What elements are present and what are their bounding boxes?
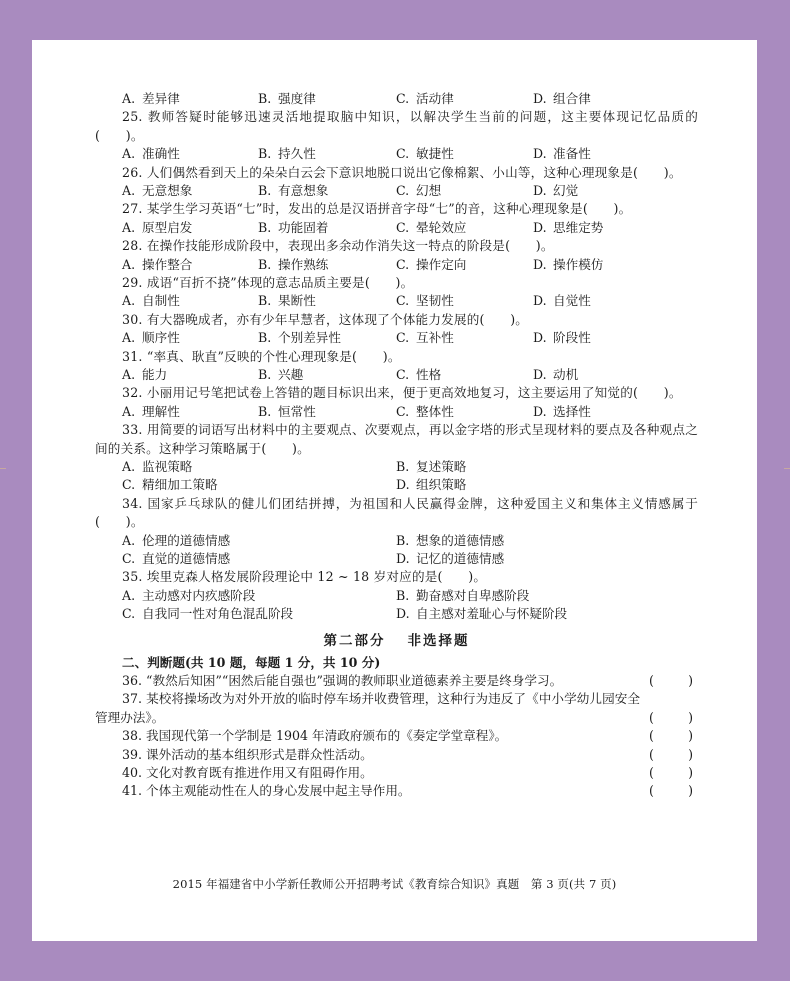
option: B.复述策略 (396, 458, 466, 476)
option: D.操作模仿 (533, 256, 603, 274)
question-32-options: A.理解性 B.恒常性 C.整体性 D.选择性 (95, 403, 698, 421)
option: A.顺序性 (122, 329, 180, 347)
exam-page: A.差异律 B.强度律 C.活动律 D.组合律 25. 教师答疑时能够迅速灵活地… (32, 40, 757, 941)
option: A.原型启发 (122, 219, 192, 237)
q24-options: A.差异律 B.强度律 C.活动律 D.组合律 (95, 90, 698, 108)
option: A.无意想象 (122, 182, 192, 200)
answer-blank: () (649, 709, 693, 727)
question-31-options: A.能力 B.兴趣 C.性格 D.动机 (95, 366, 698, 384)
option: C.直觉的道德情感 (122, 550, 230, 568)
question-34-stem: 34. 国家乒乓球队的健儿们团结拼搏，为祖国和人民赢得金牌，这种爱国主义和集体主… (95, 495, 698, 532)
option: A.监视策略 (122, 458, 192, 476)
option: D.动机 (533, 366, 578, 384)
judgement-38: 38. 我国现代第一个学制是 1904 年清政府颁布的《奏定学堂章程》。 () (95, 727, 698, 745)
question-33-options-row1: A.监视策略 B.复述策略 (95, 458, 698, 476)
q24-option-b: B.强度律 (258, 90, 316, 108)
judgement-36: 36. “教然后知困”“困然后能自强也”强调的教师职业道德素养主要是终身学习。 … (95, 672, 698, 690)
question-28-options: A.操作整合 B.操作熟练 C.操作定向 D.操作模仿 (95, 256, 698, 274)
question-26-stem: 26. 人们偶然看到天上的朵朵白云会下意识地脱口说出它像棉絮、小山等，这种心理现… (95, 164, 698, 182)
question-31-stem: 31. “率真、耿直”反映的个性心理现象是( )。 (95, 348, 698, 366)
part-two-title: 第二部分非选择题 (95, 626, 698, 652)
option: B.恒常性 (258, 403, 316, 421)
judgement-39: 39. 课外活动的基本组织形式是群众性活动。 () (95, 746, 698, 764)
question-35-options-row1: A.主动感对内疚感阶段 B.勤奋感对自卑感阶段 (95, 587, 698, 605)
answer-blank: () (649, 782, 693, 800)
question-33-options-row2: C.精细加工策略 D.组织策略 (95, 476, 698, 494)
option: A.自制性 (122, 292, 180, 310)
right-crop-mark (784, 468, 790, 469)
answer-blank: () (649, 746, 693, 764)
option: C.幻想 (396, 182, 441, 200)
question-29-options: A.自制性 B.果断性 C.坚韧性 D.自觉性 (95, 292, 698, 310)
q24-option-a: A.差异律 (122, 90, 180, 108)
option: B.操作熟练 (258, 256, 328, 274)
answer-blank: () (649, 764, 693, 782)
option: B.个别差异性 (258, 329, 341, 347)
answer-blank: () (649, 727, 693, 745)
page-content: A.差异律 B.强度律 C.活动律 D.组合律 25. 教师答疑时能够迅速灵活地… (95, 90, 698, 801)
option: C.自我同一性对角色混乱阶段 (122, 605, 293, 623)
option: A.操作整合 (122, 256, 192, 274)
answer-blank: () (649, 672, 693, 690)
judgement-section-heading: 二、判断题(共 10 题，每题 1 分，共 10 分) (95, 654, 698, 672)
left-crop-mark (0, 468, 6, 469)
option: D.准备性 (533, 145, 591, 163)
question-25-options: A.准确性 B.持久性 C.敏捷性 D.准备性 (95, 145, 698, 163)
option: A.理解性 (122, 403, 180, 421)
judgement-41: 41. 个体主观能动性在人的身心发展中起主导作用。 () (95, 782, 698, 800)
option: C.敏捷性 (396, 145, 454, 163)
option: C.性格 (396, 366, 441, 384)
option: B.勤奋感对自卑感阶段 (396, 587, 529, 605)
judgement-37: 37. 某校将操场改为对外开放的临时停车场并收费管理，这种行为违反了《中小学幼儿… (95, 690, 698, 727)
judgement-40: 40. 文化对教育既有推进作用又有阻碍作用。 () (95, 764, 698, 782)
question-25-stem: 25. 教师答疑时能够迅速灵活地提取脑中知识，以解决学生当前的问题，这主要体现记… (95, 108, 698, 145)
question-30-options: A.顺序性 B.个别差异性 C.互补性 D.阶段性 (95, 329, 698, 347)
option: C.晕轮效应 (396, 219, 466, 237)
option: C.互补性 (396, 329, 454, 347)
option: A.主动感对内疚感阶段 (122, 587, 255, 605)
option: B.想象的道德情感 (396, 532, 504, 550)
option: B.有意想象 (258, 182, 328, 200)
option: D.自主感对羞耻心与怀疑阶段 (396, 605, 567, 623)
option: C.精细加工策略 (122, 476, 218, 494)
q24-option-c: C.活动律 (396, 90, 454, 108)
option: D.自觉性 (533, 292, 591, 310)
question-33-stem: 33. 用简要的词语写出材料中的主要观点、次要观点，再以金字塔的形式呈现材料的要… (95, 421, 698, 458)
option: B.持久性 (258, 145, 316, 163)
option: A.能力 (122, 366, 167, 384)
question-32-stem: 32. 小丽用记号笔把试卷上答错的题目标识出来，便于更高效地复习，这主要运用了知… (95, 384, 698, 402)
option: D.阶段性 (533, 329, 591, 347)
option: D.组织策略 (396, 476, 466, 494)
option: B.功能固着 (258, 219, 328, 237)
question-27-stem: 27. 某学生学习英语“七”时，发出的总是汉语拼音字母“七”的音，这种心理现象是… (95, 200, 698, 218)
option: B.兴趣 (258, 366, 303, 384)
option: D.幻觉 (533, 182, 578, 200)
option: C.操作定向 (396, 256, 466, 274)
question-29-stem: 29. 成语“百折不挠”体现的意志品质主要是( )。 (95, 274, 698, 292)
question-34-options-row1: A.伦理的道德情感 B.想象的道德情感 (95, 532, 698, 550)
question-35-stem: 35. 埃里克森人格发展阶段理论中 12 ~ 18 岁对应的是( )。 (95, 568, 698, 586)
option: B.果断性 (258, 292, 316, 310)
question-26-options: A.无意想象 B.有意想象 C.幻想 D.幻觉 (95, 182, 698, 200)
option: D.思维定势 (533, 219, 603, 237)
question-35-options-row2: C.自我同一性对角色混乱阶段 D.自主感对羞耻心与怀疑阶段 (95, 605, 698, 623)
q24-option-d: D.组合律 (533, 90, 591, 108)
option: C.整体性 (396, 403, 454, 421)
option: A.准确性 (122, 145, 180, 163)
page-footer: 2015 年福建省中小学新任教师公开招聘考试《教育综合知识》真题 第 3 页(共… (32, 876, 757, 892)
option: A.伦理的道德情感 (122, 532, 230, 550)
question-28-stem: 28. 在操作技能形成阶段中，表现出多余动作消失这一特点的阶段是( )。 (95, 237, 698, 255)
question-30-stem: 30. 有大器晚成者，亦有少年早慧者，这体现了个体能力发展的( )。 (95, 311, 698, 329)
question-34-options-row2: C.直觉的道德情感 D.记忆的道德情感 (95, 550, 698, 568)
option: D.选择性 (533, 403, 591, 421)
option: C.坚韧性 (396, 292, 454, 310)
option: D.记忆的道德情感 (396, 550, 504, 568)
question-27-options: A.原型启发 B.功能固着 C.晕轮效应 D.思维定势 (95, 219, 698, 237)
